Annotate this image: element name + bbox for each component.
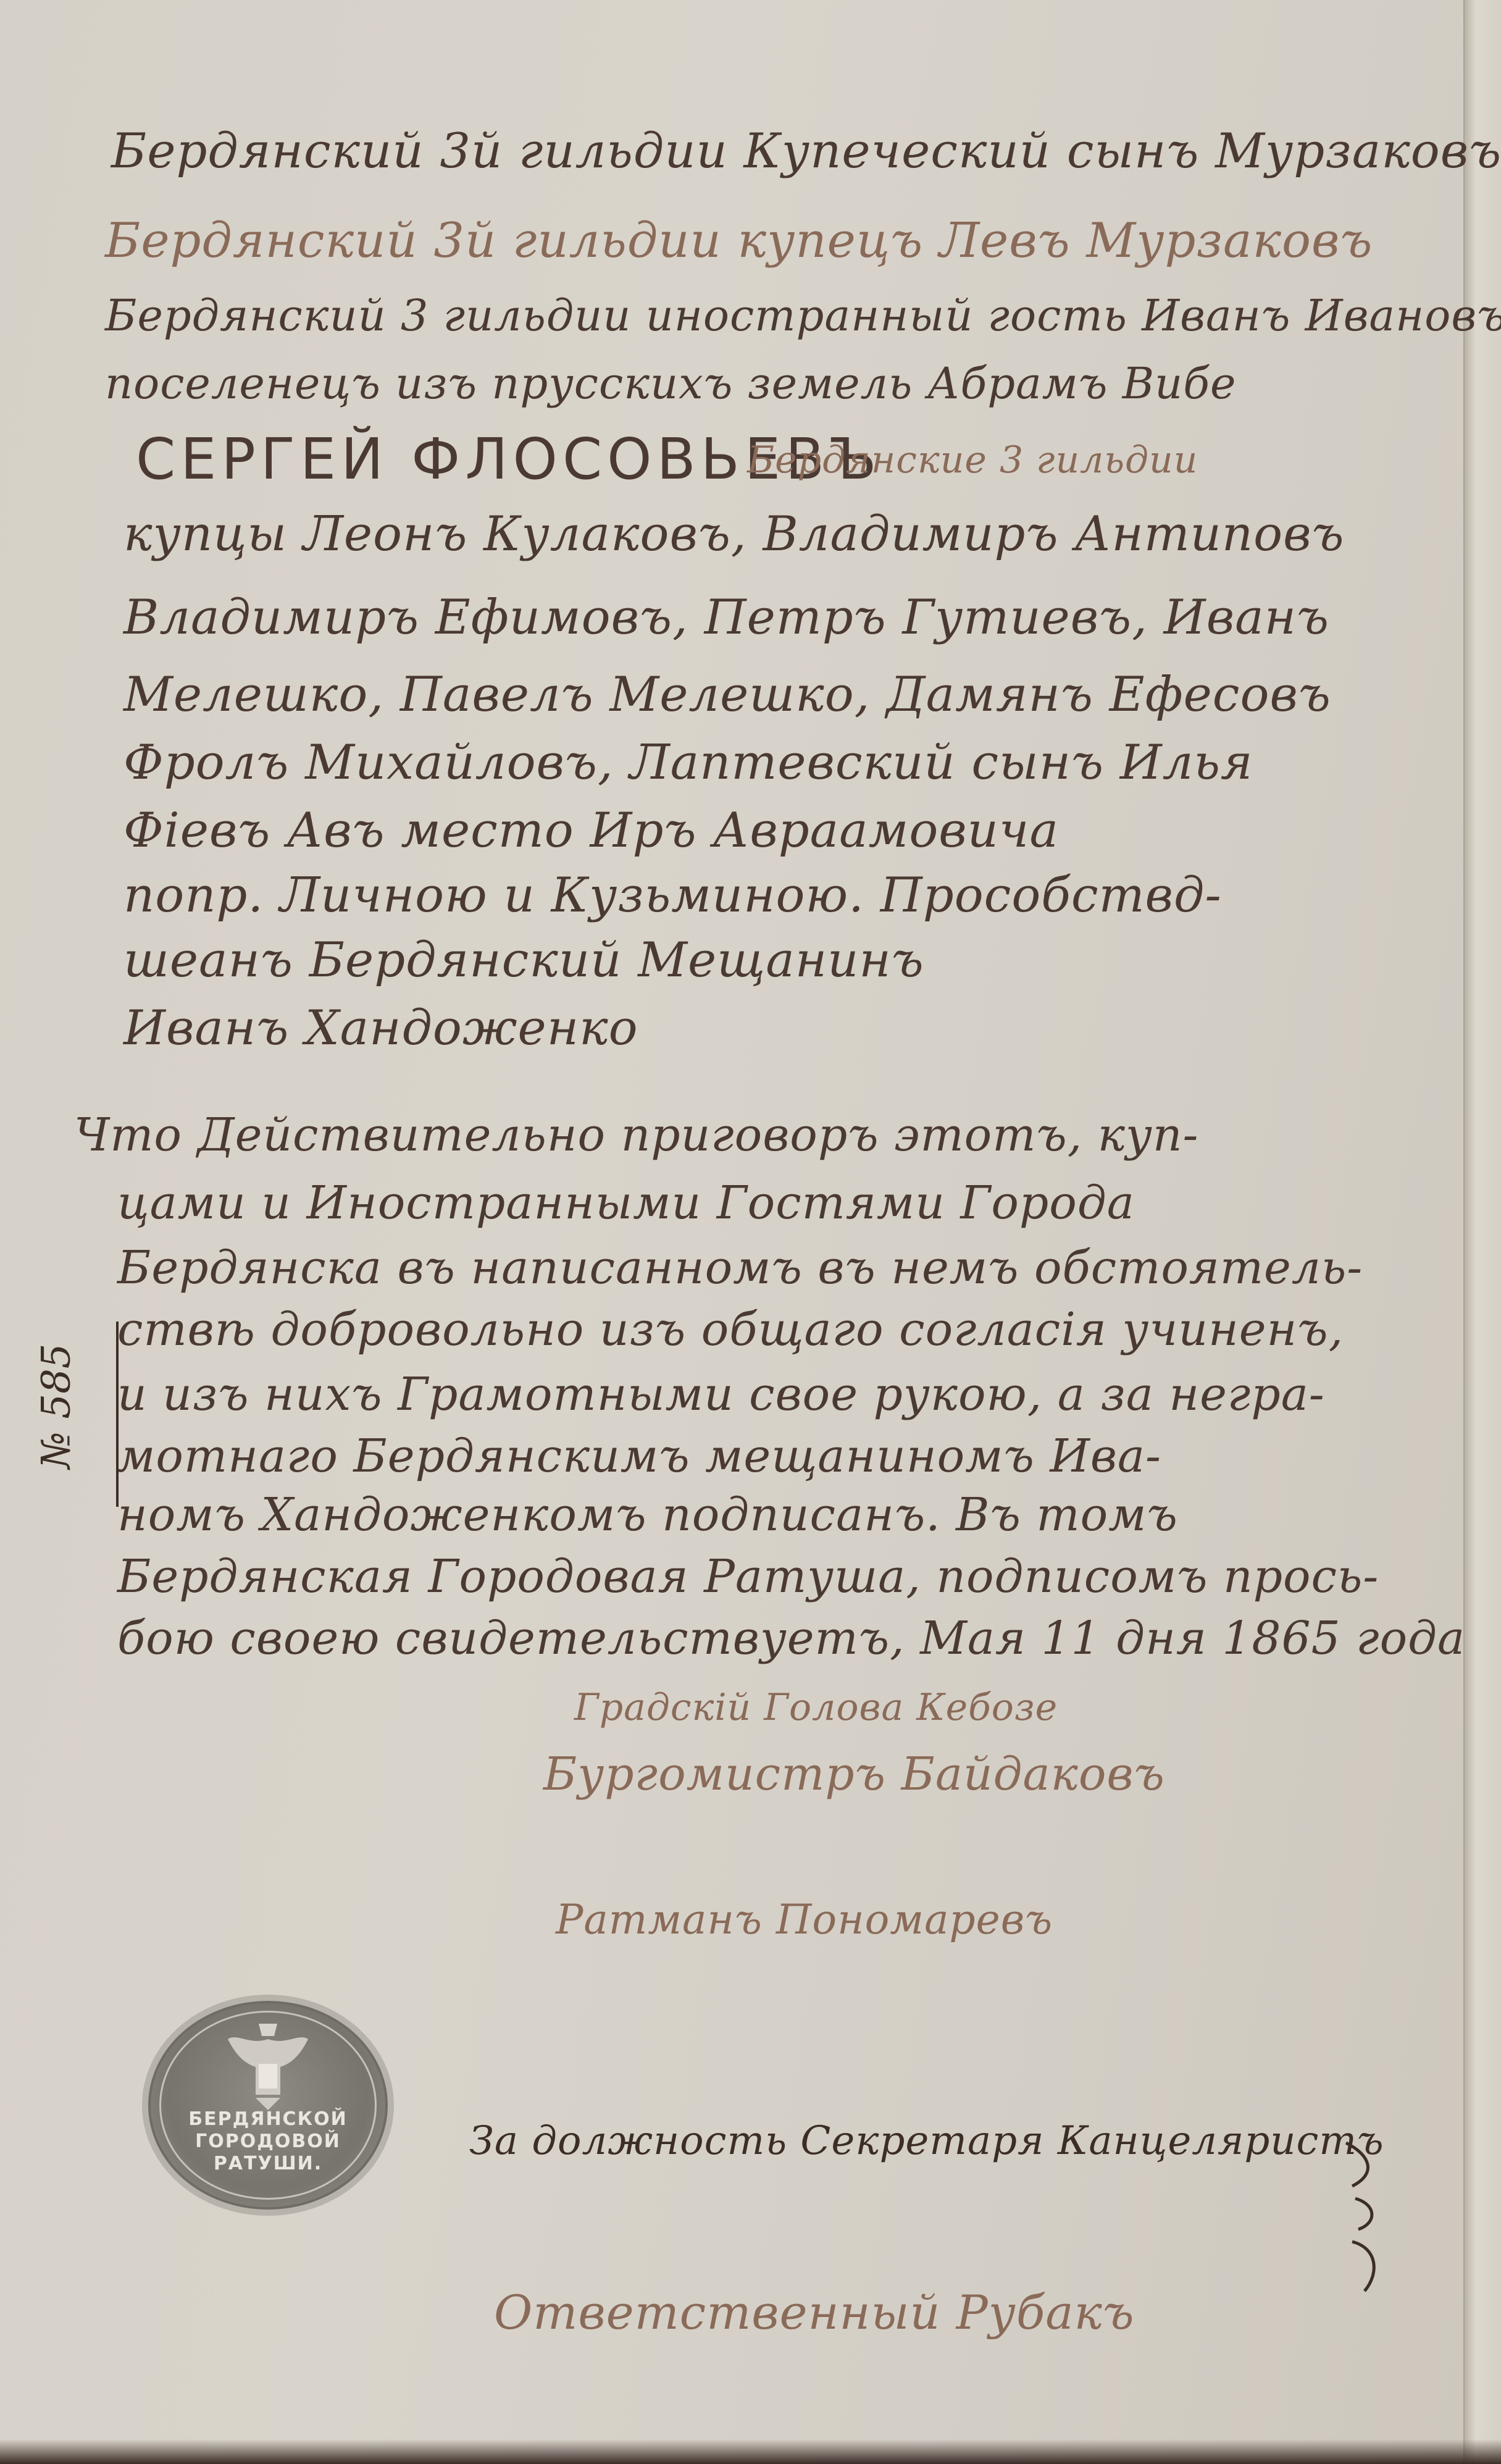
text-line: шеанъ Бердянский Мещанинъ	[123, 932, 924, 988]
signature-ratman: Ратманъ Пономаревъ	[556, 1896, 1053, 1943]
text-line: поселенецъ изъ прусскихъ земель Абрамъ В…	[105, 358, 1236, 409]
text-line: Бердянский 3 гильдии иностранный гость И…	[105, 290, 1501, 341]
seal-line: РАТУШИ.	[151, 2153, 385, 2175]
text-line: ствѣ добровольно изъ общаго согласія учи…	[117, 1303, 1344, 1356]
seal-line: БЕРДЯНСКОЙ	[151, 2108, 385, 2131]
text-line: Бердянский 3й гильдии купецъ Левъ Мурзак…	[105, 213, 1373, 269]
text-line: номъ Хандоженкомъ подписанъ. Въ томъ	[117, 1488, 1178, 1541]
text-line: мотнаго Бердянскимъ мещаниномъ Ива-	[117, 1430, 1161, 1483]
text-line: Бердянска въ написанномъ въ немъ обстоят…	[117, 1241, 1363, 1294]
seal-line: ГОРОДОВОЙ	[151, 2131, 385, 2153]
text-line: купцы Леонъ Кулаковъ, Владимиръ Антиповъ	[123, 506, 1344, 562]
city-hall-seal: БЕРДЯНСКОЙ ГОРОДОВОЙ РАТУШИ.	[148, 2001, 388, 2210]
text-line: Бердянская Городовая Ратуша, подписомъ п…	[117, 1550, 1379, 1603]
text-line: Иванъ Хандоженко	[123, 1000, 638, 1056]
flourish-icon	[1334, 2137, 1389, 2297]
text-line: Что Действительно приговоръ этотъ, куп-	[74, 1108, 1199, 1162]
seal-legend: БЕРДЯНСКОЙ ГОРОДОВОЙ РАТУШИ.	[151, 2108, 385, 2175]
margin-rule	[116, 1322, 119, 1507]
text-line: Бердянский 3й гильдии Купеческий сынъ Му…	[111, 124, 1501, 179]
signature-burgomaster: Бургомистръ Байдаковъ	[543, 1748, 1165, 1801]
text-line: бою своею свидетельствуетъ, Мая 11 дня 1…	[117, 1612, 1465, 1665]
text-line: и изъ нихъ Грамотными свое рукою, а за н…	[117, 1368, 1325, 1421]
text-line: Бердянские 3 гильдии	[747, 438, 1198, 482]
signature-final: Ответственный Рубакъ	[494, 2285, 1135, 2340]
registration-number-text: № 585	[34, 1343, 80, 1469]
signature-secretary: За должность Секретаря Канцеляристъ	[469, 2118, 1384, 2164]
double-headed-eagle-icon	[225, 2021, 311, 2113]
text-line: Фролъ Михайловъ, Лаптевский сынъ Илья	[123, 735, 1253, 790]
text-line: Фіевъ Авъ место Иръ Авраамовича	[123, 803, 1059, 858]
signature-city-head: Градскій Голова Кебозе	[574, 1686, 1058, 1729]
text-line: попр. Личною и Кузьминою. Прособ­ствд-	[123, 868, 1222, 923]
text-line: цами и Иностранными Гостями Города	[117, 1176, 1135, 1230]
margin-registration-number: № 585	[74, 1291, 130, 1513]
adjacent-page-edge	[1463, 0, 1501, 2464]
bottom-shadow	[0, 2439, 1501, 2464]
text-line: Владимиръ Ефимовъ, Петръ Гутиевъ, Иванъ	[123, 590, 1329, 645]
text-line: Мелешко, Павелъ Мелешко, Дамянъ Ефесовъ	[123, 667, 1331, 723]
